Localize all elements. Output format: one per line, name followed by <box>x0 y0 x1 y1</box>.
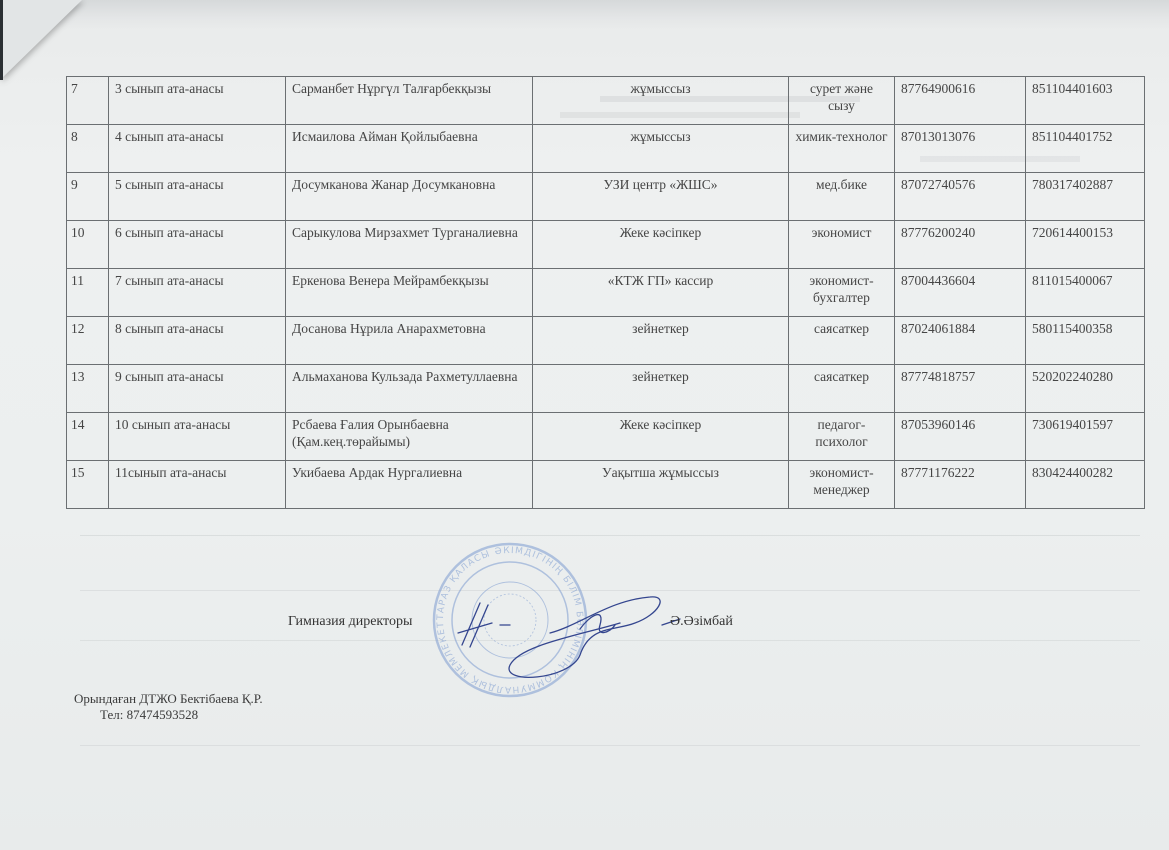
parent-profession: саясаткер <box>789 317 895 365</box>
row-number: 7 <box>67 77 109 125</box>
parent-phone: 87771176222 <box>895 461 1026 509</box>
parent-workplace: Жеке кәсіпкер <box>533 413 789 461</box>
scanned-page: 73 сынып ата-анасыСарманбет Нұргүл Талға… <box>0 0 1169 850</box>
parent-iin: 720614400153 <box>1026 221 1145 269</box>
row-number: 13 <box>67 365 109 413</box>
parents-table: 73 сынып ата-анасыСарманбет Нұргүл Талға… <box>66 76 1145 509</box>
bleed-through <box>80 535 1140 536</box>
parent-workplace: жұмыссыз <box>533 125 789 173</box>
page-edge <box>0 0 3 80</box>
director-signature <box>440 585 690 685</box>
row-number: 14 <box>67 413 109 461</box>
parent-iin: 830424400282 <box>1026 461 1145 509</box>
parent-name: Исмаилова Айман Қойлыбаевна <box>286 125 533 173</box>
table-row: 1511сынып ата-анасыУкибаева Ардак Нургал… <box>67 461 1145 509</box>
parent-role: 5 сынып ата-анасы <box>109 173 286 221</box>
table-row: 73 сынып ата-анасыСарманбет Нұргүл Талға… <box>67 77 1145 125</box>
parent-profession: мед.бике <box>789 173 895 221</box>
table-row: 106 сынып ата-анасыСарыкулова Мирзахмет … <box>67 221 1145 269</box>
parent-workplace: УЗИ центр «ЖШС» <box>533 173 789 221</box>
parent-iin: 851104401603 <box>1026 77 1145 125</box>
parent-workplace: Уақытша жұмыссыз <box>533 461 789 509</box>
table-row: 117 сынып ата-анасыЕркенова Венера Мейра… <box>67 269 1145 317</box>
parent-name: Еркенова Венера Мейрамбекқызы <box>286 269 533 317</box>
parent-iin: 780317402887 <box>1026 173 1145 221</box>
parent-phone: 87024061884 <box>895 317 1026 365</box>
bleed-through <box>80 745 1140 746</box>
parent-profession: саясаткер <box>789 365 895 413</box>
parent-profession: экономист-менеджер <box>789 461 895 509</box>
parent-name: Альмаханова Кульзада Рахметуллаевна <box>286 365 533 413</box>
page-top-shadow <box>0 0 1169 30</box>
row-number: 15 <box>67 461 109 509</box>
parent-phone: 87764900616 <box>895 77 1026 125</box>
parent-phone: 87004436604 <box>895 269 1026 317</box>
parent-name: Укибаева Ардак Нургалиевна <box>286 461 533 509</box>
executor-phone: Тел: 87474593528 <box>74 707 263 723</box>
table-row: 139 сынып ата-анасыАльмаханова Кульзада … <box>67 365 1145 413</box>
director-title: Гимназия директоры <box>288 614 412 630</box>
parent-iin: 730619401597 <box>1026 413 1145 461</box>
parent-iin: 520202240280 <box>1026 365 1145 413</box>
parent-workplace: «КТЖ ГП» кассир <box>533 269 789 317</box>
table-row: 1410 сынып ата-анасыРсбаева Ғалия Орынба… <box>67 413 1145 461</box>
parent-iin: 851104401752 <box>1026 125 1145 173</box>
parent-role: 4 сынып ата-анасы <box>109 125 286 173</box>
parent-role: 6 сынып ата-анасы <box>109 221 286 269</box>
parent-name: Сарманбет Нұргүл Талғарбекқызы <box>286 77 533 125</box>
parent-workplace: жұмыссыз <box>533 77 789 125</box>
parent-phone: 87774818757 <box>895 365 1026 413</box>
parent-profession: химик-технолог <box>789 125 895 173</box>
parent-role: 8 сынып ата-анасы <box>109 317 286 365</box>
parent-iin: 580115400358 <box>1026 317 1145 365</box>
parent-role: 9 сынып ата-анасы <box>109 365 286 413</box>
parent-phone: 87072740576 <box>895 173 1026 221</box>
parent-profession: педагог-психолог <box>789 413 895 461</box>
row-number: 9 <box>67 173 109 221</box>
parent-workplace: зейнеткер <box>533 365 789 413</box>
table-row: 95 сынып ата-анасыДосумканова Жанар Досу… <box>67 173 1145 221</box>
executor-line: Орындаған ДТЖО Бектібаева Қ.Р. <box>74 691 263 707</box>
parent-phone: 87776200240 <box>895 221 1026 269</box>
table-body: 73 сынып ата-анасыСарманбет Нұргүл Талға… <box>67 77 1145 509</box>
folded-corner <box>0 0 82 80</box>
executor-info: Орындаған ДТЖО Бектібаева Қ.Р. Тел: 8747… <box>74 691 263 723</box>
parent-name: Досумканова Жанар Досумкановна <box>286 173 533 221</box>
row-number: 12 <box>67 317 109 365</box>
parent-role: 7 сынып ата-анасы <box>109 269 286 317</box>
parent-profession: сурет және сызу <box>789 77 895 125</box>
parent-workplace: Жеке кәсіпкер <box>533 221 789 269</box>
row-number: 11 <box>67 269 109 317</box>
parent-workplace: зейнеткер <box>533 317 789 365</box>
parent-profession: экономист <box>789 221 895 269</box>
row-number: 8 <box>67 125 109 173</box>
parent-iin: 811015400067 <box>1026 269 1145 317</box>
parent-name: Досанова Нұрила Анарахметовна <box>286 317 533 365</box>
parent-role: 11сынып ата-анасы <box>109 461 286 509</box>
parent-phone: 87013013076 <box>895 125 1026 173</box>
parent-name: Сарыкулова Мирзахмет Турганалиевна <box>286 221 533 269</box>
parent-phone: 87053960146 <box>895 413 1026 461</box>
parent-role: 3 сынып ата-анасы <box>109 77 286 125</box>
table-row: 84 сынып ата-анасыИсмаилова Айман Қойлыб… <box>67 125 1145 173</box>
table-row: 128 сынып ата-анасыДосанова Нұрила Анара… <box>67 317 1145 365</box>
parent-name: Рсбаева Ғалия Орынбаевна (Қам.кең.төрайы… <box>286 413 533 461</box>
row-number: 10 <box>67 221 109 269</box>
parent-role: 10 сынып ата-анасы <box>109 413 286 461</box>
parent-profession: экономист-бухгалтер <box>789 269 895 317</box>
director-name: Ә.Әзімбай <box>670 614 733 630</box>
